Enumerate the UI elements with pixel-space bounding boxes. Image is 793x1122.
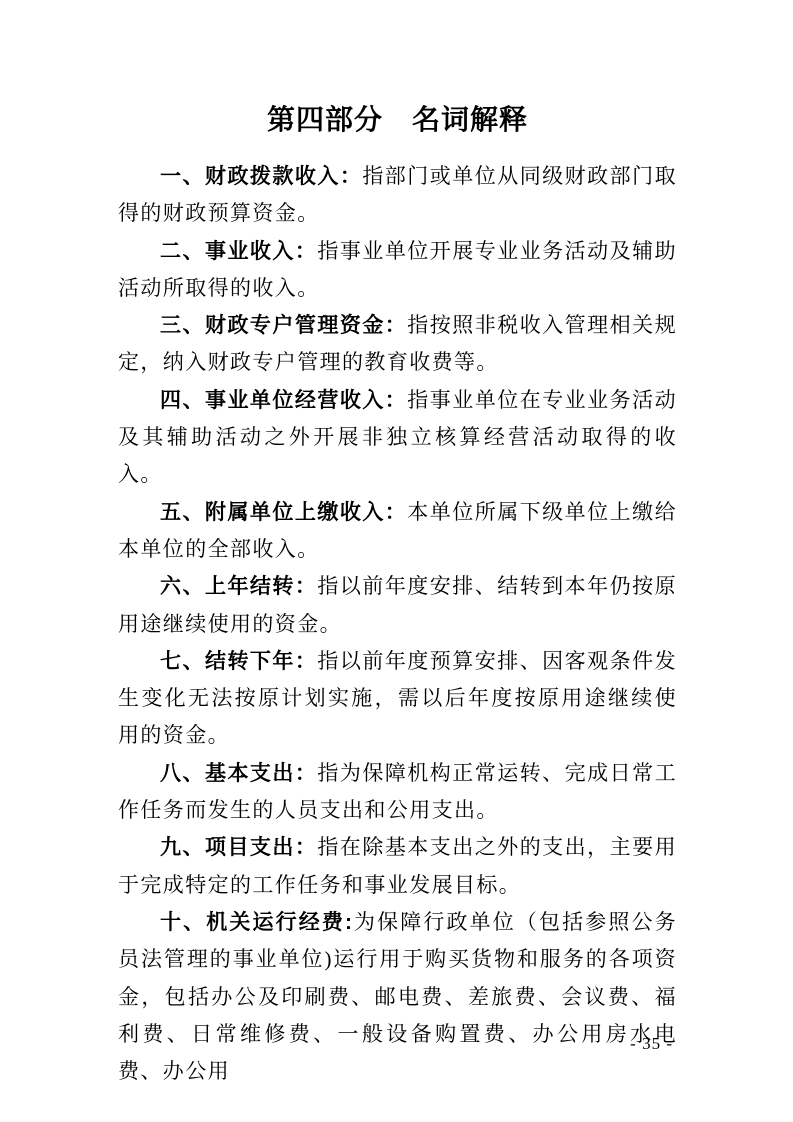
definition-paragraph: 六、上年结转：指以前年度安排、结转到本年仍按原用途继续使用的资金。 [118, 568, 677, 643]
definition-paragraph: 三、财政专户管理资金：指按照非税收入管理相关规定，纳入财政专户管理的教育收费等。 [118, 307, 677, 382]
term-label: 十、机关运行经费: [160, 911, 353, 934]
term-label: 九、项目支出： [160, 836, 317, 859]
term-label: 三、财政专户管理资金： [160, 314, 407, 337]
definition-paragraph: 八、基本支出：指为保障机构正常运转、完成日常工作任务而发生的人员支出和公用支出。 [118, 755, 677, 830]
term-label: 八、基本支出： [160, 762, 317, 785]
term-definition: 为保障行政单位（包括参照公务员法管理的事业单位)运行用于购买货物和服务的各项资金… [118, 910, 677, 1083]
document-page: 第四部分 名词解释 一、财政拨款收入：指部门或单位从同级财政部门取得的财政预算资… [0, 0, 793, 1122]
term-label: 四、事业单位经营收入： [160, 389, 407, 412]
term-label: 七、结转下年： [160, 650, 317, 673]
definition-paragraph: 十、机关运行经费:为保障行政单位（包括参照公务员法管理的事业单位)运行用于购买货… [118, 904, 677, 1090]
page-title: 第四部分 名词解释 [118, 102, 677, 138]
term-label: 五、附属单位上缴收入： [160, 501, 407, 524]
definition-paragraph: 五、附属单位上缴收入：本单位所属下级单位上缴给本单位的全部收入。 [118, 494, 677, 569]
page-content: 第四部分 名词解释 一、财政拨款收入：指部门或单位从同级财政部门取得的财政预算资… [118, 102, 677, 1090]
term-label: 六、上年结转： [160, 575, 317, 598]
term-label: 一、财政拨款收入： [160, 165, 362, 188]
page-number: - 35 - [630, 1034, 673, 1054]
term-label: 二、事业收入： [160, 240, 317, 263]
definition-paragraph: 九、项目支出：指在除基本支出之外的支出，主要用于完成特定的工作任务和事业发展目标… [118, 829, 677, 904]
definition-paragraph: 七、结转下年：指以前年度预算安排、因客观条件发生变化无法按原计划实施，需以后年度… [118, 643, 677, 755]
definition-paragraph: 一、财政拨款收入：指部门或单位从同级财政部门取得的财政预算资金。 [118, 158, 677, 233]
definition-paragraph: 二、事业收入：指事业单位开展专业业务活动及辅助活动所取得的收入。 [118, 233, 677, 308]
definition-paragraph: 四、事业单位经营收入：指事业单位在专业业务活动及其辅助活动之外开展非独立核算经营… [118, 382, 677, 494]
